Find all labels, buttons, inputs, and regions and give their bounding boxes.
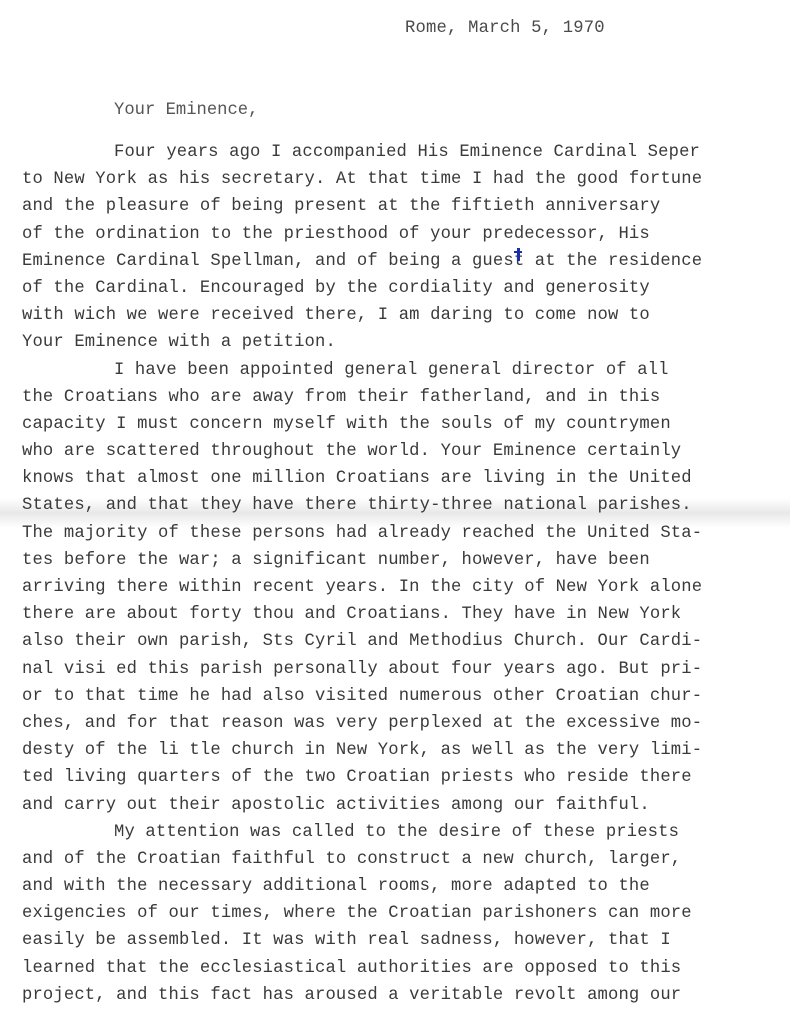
letter-line: ches, and for that reason was very perpl… — [22, 710, 782, 737]
letter-line: The majority of these persons had alread… — [22, 520, 782, 547]
letter-line: tes before the war; a significant number… — [22, 547, 782, 574]
letter-line: My attention was called to the desire of… — [22, 819, 782, 846]
letter-line: Your Eminence with a petition. — [22, 329, 782, 356]
letter-line: there are about forty thou and Croatians… — [22, 601, 782, 628]
letter-line: and of the Croatian faithful to construc… — [22, 846, 782, 873]
letter-line: learned that the ecclesiastical authorit… — [22, 955, 782, 982]
letter-line: and carry out their apostolic activities… — [22, 792, 782, 819]
letter-line: or to that time he had also visited nume… — [22, 683, 782, 710]
letter-line: project, and this fact has aroused a ver… — [22, 982, 782, 1009]
letter-line: Four years ago I accompanied His Eminenc… — [22, 139, 782, 166]
letter-page: Rome, March 5, 1970 Your Eminence, Four … — [0, 0, 790, 1024]
pen-correction-mark — [517, 248, 520, 261]
letter-line: who are scattered throughout the world. … — [22, 438, 782, 465]
letter-line: exigencies of our times, where the Croat… — [22, 900, 782, 927]
letter-line: knows that almost one million Croatians … — [22, 465, 782, 492]
letter-line: arriving there within recent years. In t… — [22, 574, 782, 601]
letter-line: capacity I must concern myself with the … — [22, 411, 782, 438]
letter-line: States, and that they have there thirty-… — [22, 492, 782, 519]
letter-line: of the Cardinal. Encouraged by the cordi… — [22, 275, 782, 302]
letter-line: also their own parish, Sts Cyril and Met… — [22, 628, 782, 655]
letter-line: nal visi ed this parish personally about… — [22, 656, 782, 683]
letter-line: of the ordination to the priesthood of y… — [22, 221, 782, 248]
letter-line: to New York as his secretary. At that ti… — [22, 166, 782, 193]
letter-body: Four years ago I accompanied His Eminenc… — [22, 139, 782, 1009]
letter-line: desty of the li tle church in New York, … — [22, 737, 782, 764]
letter-line: the Croatians who are away from their fa… — [22, 384, 782, 411]
letter-line: with wich we were received there, I am d… — [22, 302, 782, 329]
letter-line: easily be assembled. It was with real sa… — [22, 927, 782, 954]
dateline: Rome, March 5, 1970 — [405, 19, 605, 38]
letter-line: Eminence Cardinal Spellman, and of being… — [22, 248, 782, 275]
letter-line: and with the necessary additional rooms,… — [22, 873, 782, 900]
salutation: Your Eminence, — [114, 101, 258, 120]
letter-line: I have been appointed general general di… — [22, 357, 782, 384]
letter-line: ted living quarters of the two Croatian … — [22, 764, 782, 791]
letter-line: and the pleasure of being present at the… — [22, 193, 782, 220]
